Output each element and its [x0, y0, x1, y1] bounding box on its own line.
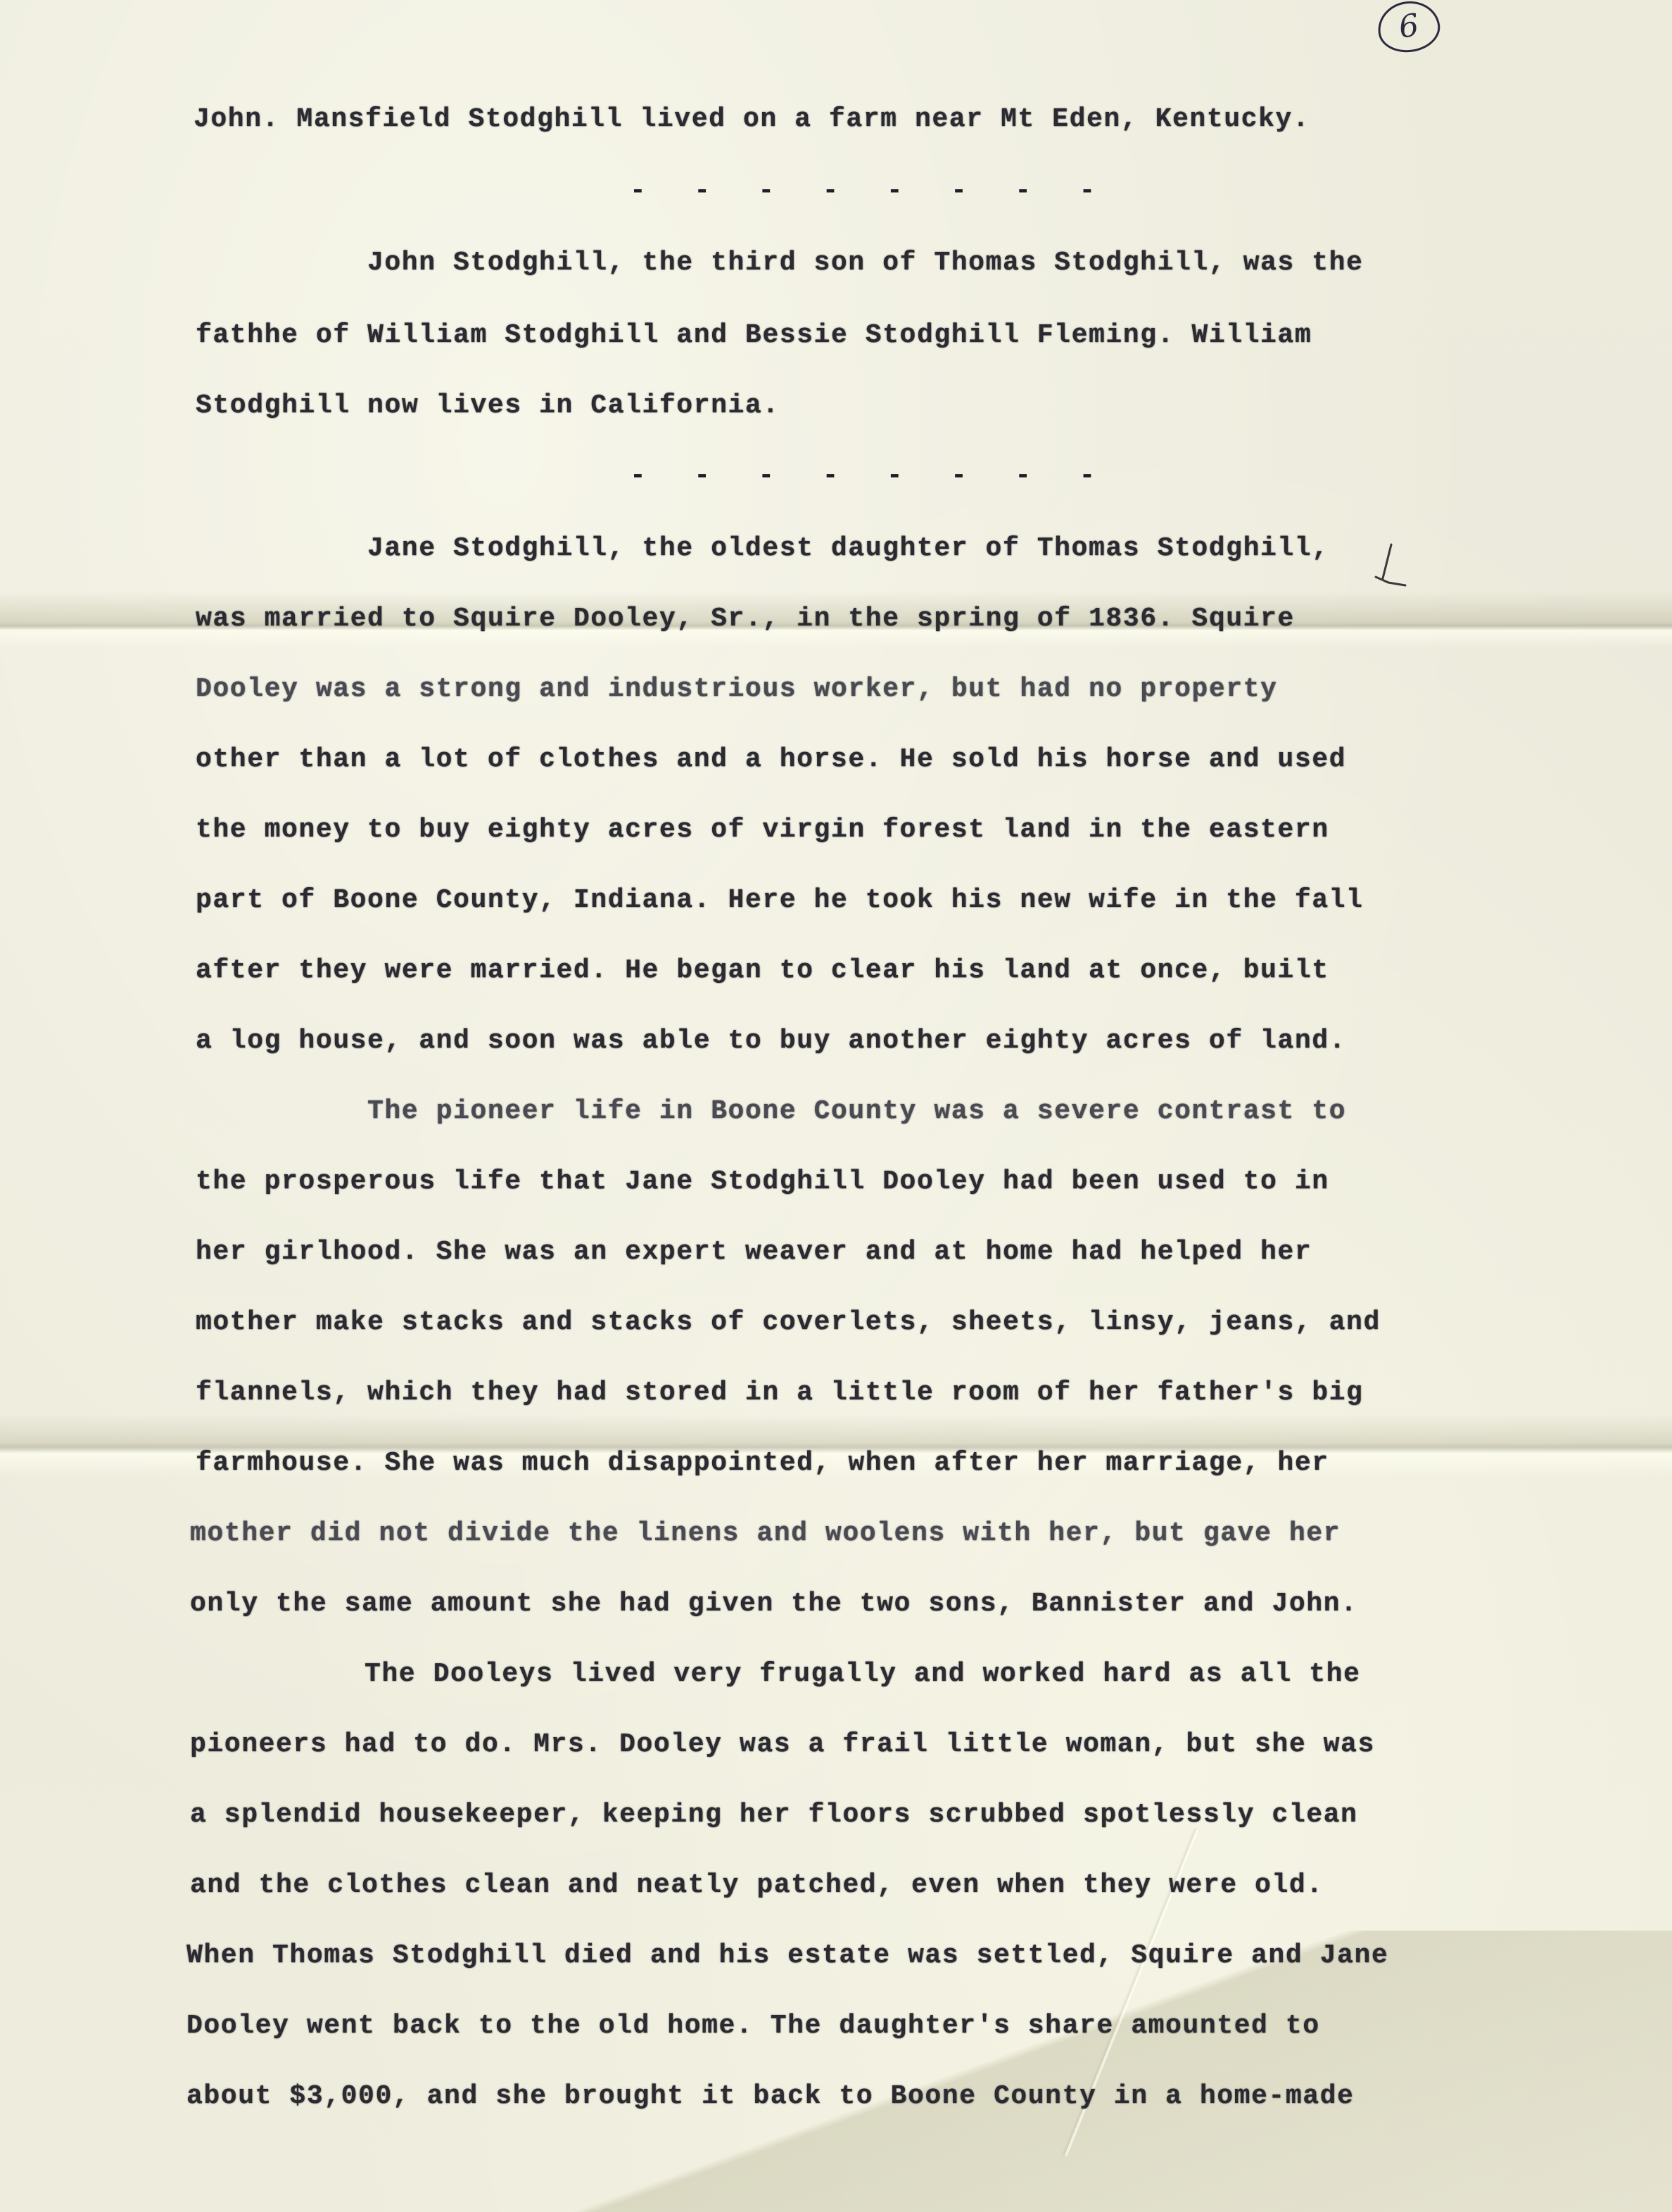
text-line: a splendid housekeeper, keeping her floo…: [190, 1800, 1357, 1830]
text-line: other than a lot of clothes and a horse.…: [196, 744, 1346, 775]
text-line: after they were married. He began to cle…: [196, 955, 1329, 986]
text-line: only the same amount she had given the t…: [190, 1589, 1357, 1619]
text-line: Dooley went back to the old home. The da…: [186, 2011, 1320, 2041]
text-line: Jane Stodghill, the oldest daughter of T…: [367, 533, 1329, 564]
check-mark-icon: [1355, 542, 1411, 591]
text-line: Stodghill now lives in California.: [196, 390, 780, 421]
text-line: about $3,000, and she brought it back to…: [186, 2081, 1354, 2111]
text-line: John Stodghill, the third son of Thomas …: [367, 248, 1363, 278]
page-number: 6: [1397, 10, 1421, 43]
text-line: mother did not divide the linens and woo…: [190, 1518, 1341, 1549]
text-line: and the clothes clean and neatly patched…: [190, 1870, 1324, 1900]
text-line: John. Mansfield Stodghill lived on a far…: [194, 104, 1310, 134]
text-line: Dooley was a strong and industrious work…: [196, 674, 1277, 704]
text-line: fathhe of William Stodghill and Bessie S…: [196, 320, 1312, 350]
text-line: was married to Squire Dooley, Sr., in th…: [196, 604, 1295, 634]
text-line: flannels, which they had stored in a lit…: [196, 1378, 1363, 1408]
page-number-circled: 6: [1374, 0, 1443, 56]
text-line: The pioneer life in Boone County was a s…: [367, 1096, 1346, 1126]
text-line: a log house, and soon was able to buy an…: [196, 1026, 1346, 1056]
paper-page: 6 - - - - - - - - - - - - - - - - John. …: [0, 0, 1672, 2212]
text-line: her girlhood. She was an expert weaver a…: [196, 1237, 1312, 1267]
text-line: the money to buy eighty acres of virgin …: [196, 815, 1329, 845]
text-line: part of Boone County, Indiana. Here he t…: [196, 885, 1363, 915]
corner-fold: [0, 1931, 1672, 2212]
text-line: When Thomas Stodghill died and his estat…: [186, 1940, 1388, 1971]
text-line: farmhouse. She was much disappointed, wh…: [196, 1448, 1329, 1478]
section-separator: - - - - - - - -: [630, 461, 1095, 491]
section-separator: - - - - - - - -: [630, 176, 1095, 206]
text-line: mother make stacks and stacks of coverle…: [196, 1307, 1381, 1337]
text-line: the prosperous life that Jane Stodghill …: [196, 1167, 1329, 1197]
text-line: The Dooleys lived very frugally and work…: [365, 1659, 1360, 1689]
text-line: pioneers had to do. Mrs. Dooley was a fr…: [190, 1729, 1375, 1760]
